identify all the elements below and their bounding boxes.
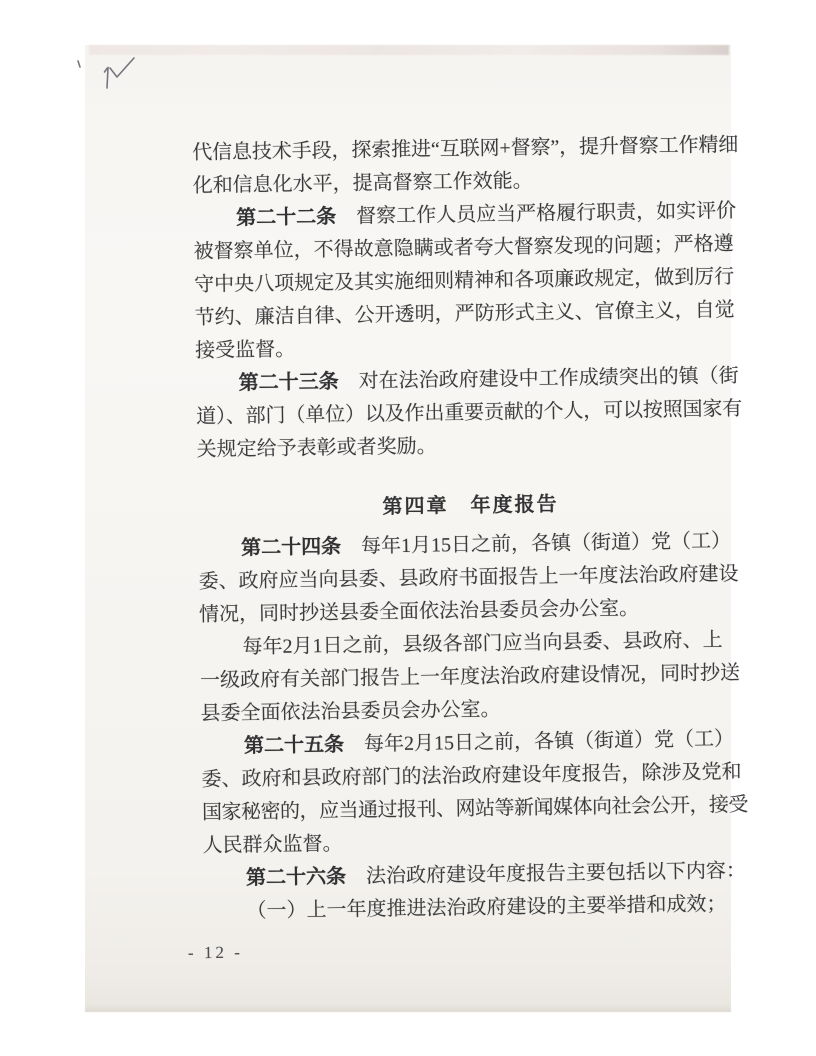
pen-tick-icon: [78, 61, 80, 67]
text-body: 代信息技术手段，探索推进“互联网+督察”，提升督察工作精细化和信息化水平，提高督…: [192, 129, 750, 929]
pen-digit-one-icon: [105, 68, 109, 89]
page-top-edge: [89, 45, 729, 55]
text-line: （一）上一年度推进法治政府建设的主要举措和成效；: [203, 888, 749, 929]
page-number: - 12 -: [188, 943, 243, 964]
text-line: 关规定给予表彰或者奖励。: [196, 426, 742, 467]
article-term: 第二十四条: [241, 536, 341, 559]
handwritten-mark: [72, 52, 144, 104]
article-term: 第二十六条: [246, 866, 346, 889]
scan-canvas: 代信息技术手段，探索推进“互联网+督察”，提升督察工作精细化和信息化水平，提高督…: [0, 0, 816, 1056]
article-term: 第二十五条: [244, 734, 344, 757]
chapter-heading: 第四章 年度报告: [197, 486, 743, 527]
page-bottom-edge: [85, 1004, 731, 1012]
scanned-page: 代信息技术手段，探索推进“互联网+督察”，提升督察工作精细化和信息化水平，提高督…: [85, 45, 731, 1012]
pen-check-icon: [110, 58, 134, 77]
article-term: 第二十二条: [236, 206, 336, 229]
article-term: 第二十三条: [238, 371, 338, 394]
